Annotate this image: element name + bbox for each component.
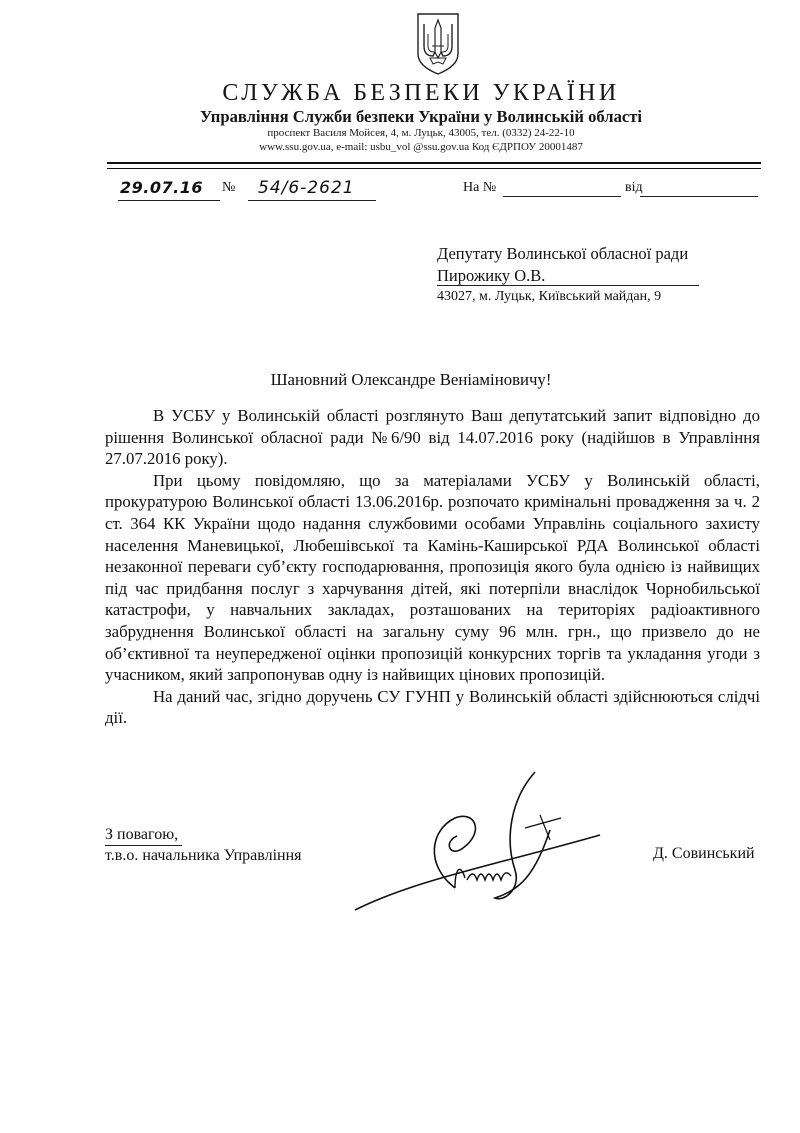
reply-from-label: від [625, 180, 643, 196]
organization-title: СЛУЖБА БЕЗПЕКИ УКРАЇНИ [0, 80, 800, 107]
handwritten-signature-icon [335, 770, 615, 920]
body-paragraph: При цьому повідомляю, що за матеріалами … [105, 470, 760, 686]
closing-regards: З повагою, [105, 825, 182, 846]
reply-to-blank [503, 196, 621, 197]
organization-contacts: www.ssu.gov.ua, e-mail: usbu_vol @ssu.go… [0, 141, 800, 153]
letterhead-separator [107, 162, 761, 169]
reply-from-blank [640, 196, 758, 197]
recipient-block: Депутату Волинської обласної ради Пирожи… [437, 243, 699, 307]
body-paragraph: В УСБУ у Волинській області розглянуто В… [105, 405, 760, 470]
salutation: Шановний Олександре Веніаміновичу! [0, 370, 800, 390]
recipient-title: Депутату Волинської обласної ради [437, 243, 699, 265]
recipient-address: 43027, м. Луцьк, Київський майдан, 9 [437, 287, 699, 307]
outgoing-date: 29.07.16 [118, 176, 220, 201]
closing-block: З повагою, т.в.о. начальника Управління [105, 825, 302, 866]
signatory-name: Д. Совинський [653, 845, 755, 863]
reply-to-label: На № [463, 180, 496, 196]
number-sign: № [222, 180, 235, 196]
body-paragraph: На даний час, згідно доручень СУ ГУНП у … [105, 686, 760, 729]
department-title: Управління Служби безпеки України у Воли… [0, 107, 800, 127]
trident-coat-of-arms-icon [415, 12, 461, 76]
reference-line: 29.07.16 № 54/6-2621 На № від [118, 176, 758, 202]
signatory-position: т.в.о. начальника Управління [105, 846, 302, 866]
letter-body: В УСБУ у Волинській області розглянуто В… [105, 405, 760, 729]
recipient-name: Пирожику О.В. [437, 266, 699, 286]
outgoing-number: 54/6-2621 [248, 176, 376, 201]
letter-page: СЛУЖБА БЕЗПЕКИ УКРАЇНИ Управління Служби… [0, 0, 800, 1133]
organization-address: проспект Василя Мойсея, 4, м. Луцьк, 430… [0, 127, 800, 139]
